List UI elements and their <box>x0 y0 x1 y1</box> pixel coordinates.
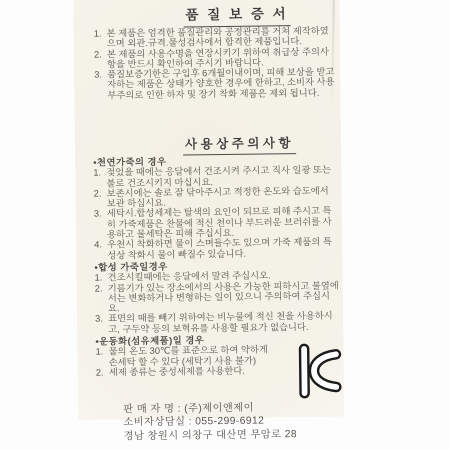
item-number: 2. <box>96 367 109 377</box>
item-text: 본 제품은 엄격한 품질관리와 공정관리를 거쳐 제작하였으며 외관.규격.물성… <box>107 26 338 49</box>
warranty-list: 1. 본 제품은 엄격한 품질관리와 공정관리를 거쳐 제작하였으며 외관.규격… <box>94 26 339 101</box>
item-text: 젖었을 때에는 응달에서 건조시켜 주시고 직사 일광 또는 불로 건조시키지 … <box>106 165 339 188</box>
item-text: 기름기가 있는 장소에서의 사용은 가능한 피하시고 불옆에서는 변화하거나 변… <box>108 280 341 314</box>
care-item: 4. 우천시 착화하면 물이 스며들수도 있으며 가죽 제품의 특성상 착화시 … <box>94 237 340 261</box>
item-number: 1. <box>93 168 106 178</box>
item-text: 세제 종류는 중성세제를 사용한다. <box>109 365 271 377</box>
seller-address-line: 경남 창원시 의창구 대산면 무암로 28 <box>123 428 297 444</box>
item-number: 4. <box>94 240 107 250</box>
label-photo: 품 질 보 증 서 1. 본 제품은 엄격한 품질관리와 공정관리를 거쳐 제작… <box>0 0 450 450</box>
item-text: 표면의 때를 빼기 위하여는 비누물에 적신 천을 사용하시고, 구두약 등의 … <box>108 311 341 334</box>
item-number: 2. <box>94 188 107 198</box>
item-text: 세탁시.합성세제는 탈색의 요인이 되므로 피해 주시고 특히 가죽제품은 찬물… <box>107 206 340 240</box>
item-number: 1. <box>95 347 108 357</box>
care-item: 2. 기름기가 있는 장소에서의 사용은 가능한 피하시고 불옆에서는 변화하거… <box>95 280 341 314</box>
item-number: 1. <box>95 273 108 283</box>
item-number: 1. <box>94 28 107 38</box>
item-text: 우천시 착화하면 물이 스며들수도 있으며 가죽 제품의 특성상 착화시 물이 … <box>107 237 340 260</box>
item-number: 3. <box>94 209 107 219</box>
warranty-item: 3. 품질보증기한은 구입후 6개월이내이며, 피해 보상을 받고자하는 제품은… <box>94 67 338 101</box>
item-number: 3. <box>95 314 108 324</box>
item-text: 물의 온도 30℃를 표준으로 하여 약하게 손세탁 할 수 있다 (세탁기 사… <box>108 345 270 368</box>
item-number: 2. <box>95 283 108 293</box>
care-item: 3. 세탁시.합성세제는 탈색의 요인이 되므로 피해 주시고 특히 가죽제품은… <box>94 206 340 240</box>
quality-certificate-title: 품 질 보 증 서 <box>183 2 290 27</box>
usage-precautions-title: 사용상주의사항 <box>183 133 296 155</box>
item-number: 3. <box>94 70 107 80</box>
seller-info: 판 매 자 명 : (주)제이앤제이 소비자상담실 : 055-299-6912… <box>123 401 297 443</box>
paper-sheet: 품 질 보 증 서 1. 본 제품은 엄격한 품질관리와 공정관리를 거쳐 제작… <box>0 0 450 450</box>
kc-certification-mark-icon <box>293 340 344 403</box>
item-number: 2. <box>94 49 107 59</box>
care-item: 3. 표면의 때를 빼기 위하여는 비누물에 적신 천을 사용하시고, 구두약 … <box>95 311 341 335</box>
item-text: 품질보증기한은 구입후 6개월이내이며, 피해 보상을 받고자하는 제품은 상태… <box>107 67 338 101</box>
